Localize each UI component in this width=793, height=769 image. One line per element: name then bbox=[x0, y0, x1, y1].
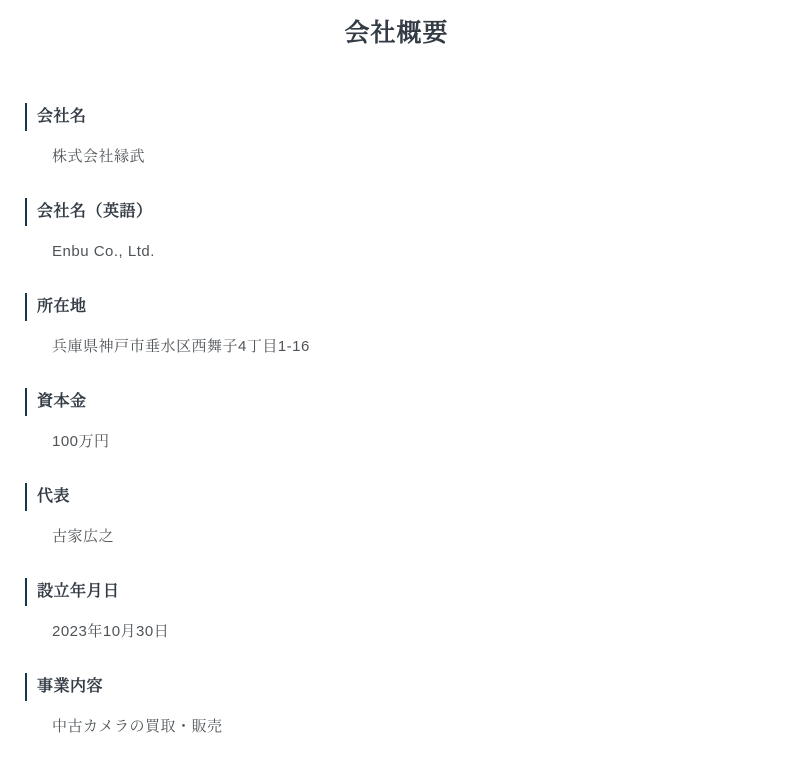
section-value: 2023年10月30日 bbox=[52, 622, 768, 641]
section-label: 代表 bbox=[25, 483, 768, 511]
section-value: Enbu Co., Ltd. bbox=[52, 242, 768, 261]
section-value: 兵庫県神戸市垂水区西舞子4丁目1-16 bbox=[52, 337, 768, 356]
page-title: 会社概要 bbox=[0, 0, 793, 50]
section-representative: 代表 古家広之 bbox=[25, 483, 768, 546]
section-company-name-english: 会社名（英語） Enbu Co., Ltd. bbox=[25, 198, 768, 261]
section-value: 古家広之 bbox=[52, 527, 768, 546]
section-value: 100万円 bbox=[52, 432, 768, 451]
section-company-name: 会社名 株式会社縁武 bbox=[25, 103, 768, 166]
section-label: 会社名（英語） bbox=[25, 198, 768, 226]
section-label: 設立年月日 bbox=[25, 578, 768, 606]
section-establishment-date: 設立年月日 2023年10月30日 bbox=[25, 578, 768, 641]
company-info-list: 会社名 株式会社縁武 会社名（英語） Enbu Co., Ltd. 所在地 兵庫… bbox=[25, 103, 768, 736]
section-address: 所在地 兵庫県神戸市垂水区西舞子4丁目1-16 bbox=[25, 293, 768, 356]
section-value: 中古カメラの買取・販売 bbox=[52, 717, 768, 736]
section-capital: 資本金 100万円 bbox=[25, 388, 768, 451]
section-business-description: 事業内容 中古カメラの買取・販売 bbox=[25, 673, 768, 736]
section-label: 資本金 bbox=[25, 388, 768, 416]
section-label: 会社名 bbox=[25, 103, 768, 131]
section-label: 所在地 bbox=[25, 293, 768, 321]
section-label: 事業内容 bbox=[25, 673, 768, 701]
section-value: 株式会社縁武 bbox=[52, 147, 768, 166]
